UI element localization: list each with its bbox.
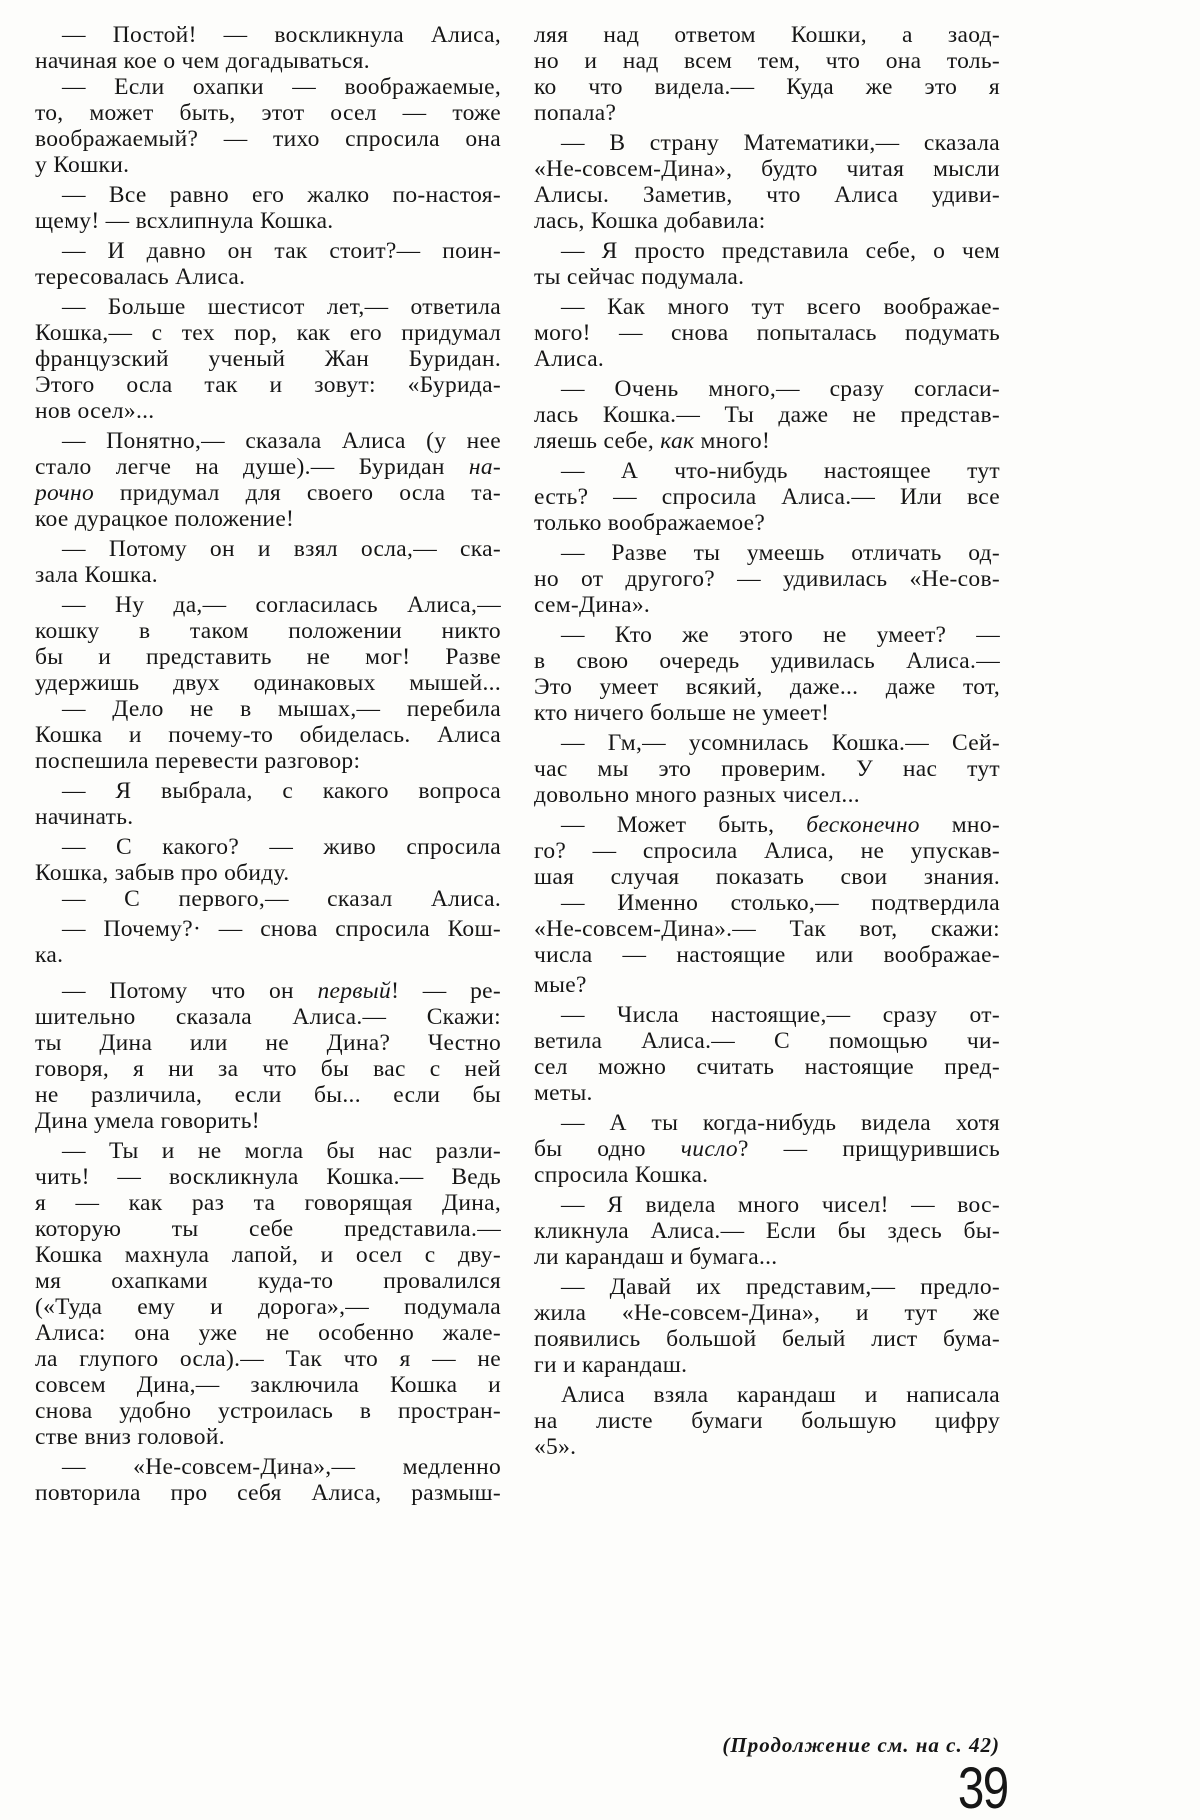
- text-line: кошку в таком положении никто: [35, 618, 501, 644]
- text-line: мые?: [534, 972, 1000, 998]
- text-line: чить! — воскликнула Кошка.— Ведь: [35, 1164, 501, 1190]
- text-line: на листе бумаги большую цифру: [534, 1408, 1000, 1434]
- text-line: в свою очередь удивилась Алиса.—: [534, 648, 1000, 674]
- text-line: Этого осла так и зовут: «Бурида-: [35, 372, 501, 398]
- text-line: начиная кое о чем догадываться.: [35, 48, 501, 74]
- text-line: жила «Не-совсем-Дина», и тут же: [534, 1300, 1000, 1326]
- text-line: — Понятно,— сказала Алиса (у нее: [35, 428, 501, 454]
- text-line: «Не-совсем-Дина».— Так вот, скажи:: [534, 916, 1000, 942]
- text-line: есть? — спросила Алиса.— Или все: [534, 484, 1000, 510]
- text-line: ляя над ответом Кошки, а заод-: [534, 22, 1000, 48]
- text-line: повторила про себя Алиса, размыш-: [35, 1480, 501, 1506]
- text-line: Алиса.: [534, 346, 1000, 372]
- text-line: спросила Кошка.: [534, 1162, 1000, 1188]
- text-line: — В страну Математики,— сказала: [534, 130, 1000, 156]
- text-line: — А что-нибудь настоящее тут: [534, 458, 1000, 484]
- text-line: — Я выбрала, с какого вопроса: [35, 778, 501, 804]
- text-line: ги и карандаш.: [534, 1352, 1000, 1378]
- text-line: снова удобно устроилась в простран-: [35, 1398, 501, 1424]
- left-text-column: — Постой! — воскликнула Алиса, начиная к…: [35, 22, 501, 1506]
- text-line: тересовалась Алиса.: [35, 264, 501, 290]
- text-line: — Ты и не могла бы нас разли-: [35, 1138, 501, 1164]
- text-line: («Туда ему и дорога»,— подумала: [35, 1294, 501, 1320]
- text-line: Дина умела говорить!: [35, 1108, 501, 1134]
- text-line: — Ну да,— согласилась Алиса,—: [35, 592, 501, 618]
- text-line: — Числа настоящие,— сразу от-: [534, 1002, 1000, 1028]
- text-line: сел можно считать настоящие пред-: [534, 1054, 1000, 1080]
- text-line: Кошка и почему-то обиделась. Алиса: [35, 722, 501, 748]
- text-line: ветила Алиса.— С помощью чи-: [534, 1028, 1000, 1054]
- text-line: Кошка, забыв про обиду.: [35, 860, 501, 886]
- text-line: — Все равно его жалко по-настоя-: [35, 182, 501, 208]
- text-line: стало легче на душе).— Буридан на-: [35, 454, 501, 480]
- text-line: — Может быть, бесконечно мно-: [534, 812, 1000, 838]
- text-line: — Кто же этого не умеет? —: [534, 622, 1000, 648]
- text-line: — Именно столько,— подтвердила: [534, 890, 1000, 916]
- text-line: то, может быть, этот осел — тоже: [35, 100, 501, 126]
- text-line: «Не-совсем-Дина», будто читая мысли: [534, 156, 1000, 182]
- text-line: мя охапками куда-то провалился: [35, 1268, 501, 1294]
- text-line: лась, Кошка добавила:: [534, 208, 1000, 234]
- text-line: бы и представить не мог! Разве: [35, 644, 501, 670]
- text-line: — Потому что он первый! — ре-: [35, 978, 501, 1004]
- text-line: — «Не-совсем-Дина»,— медленно: [35, 1454, 501, 1480]
- text-line: ляешь себе, как много!: [534, 428, 1000, 454]
- text-line: мого! — снова попыталась подумать: [534, 320, 1000, 346]
- text-line: лась Кошка.— Ты даже не представ-: [534, 402, 1000, 428]
- text-line: — Потому он и взял осла,— ска-: [35, 536, 501, 562]
- text-line: ка.: [35, 942, 501, 968]
- text-line: рочно придумал для своего осла та-: [35, 480, 501, 506]
- text-line: шая случая показать свои знания.: [534, 864, 1000, 890]
- text-line: кто ничего больше не умеет!: [534, 700, 1000, 726]
- text-line: я — как раз та говорящая Дина,: [35, 1190, 501, 1216]
- text-line: — Разве ты умеешь отличать од-: [534, 540, 1000, 566]
- text-line: го? — спросила Алиса, не упускав-: [534, 838, 1000, 864]
- text-line: удержишь двух одинаковых мышей...: [35, 670, 501, 696]
- text-line: — Если охапки — воображаемые,: [35, 74, 501, 100]
- text-line: — А ты когда-нибудь видела хотя: [534, 1110, 1000, 1136]
- text-line: говоря, я ни за что бы вас с ней: [35, 1056, 501, 1082]
- text-line: — Почему?· — снова спросила Кош-: [35, 916, 501, 942]
- text-line: довольно много разных чисел...: [534, 782, 1000, 808]
- text-line: Это умеет всякий, даже... даже тот,: [534, 674, 1000, 700]
- text-line: Алиса взяла карандаш и написала: [534, 1382, 1000, 1408]
- text-line: начинать.: [35, 804, 501, 830]
- text-line: ты сейчас подумала.: [534, 264, 1000, 290]
- text-line: — Дело не в мышах,— перебила: [35, 696, 501, 722]
- text-line: только воображаемое?: [534, 510, 1000, 536]
- text-line: час мы это проверим. У нас тут: [534, 756, 1000, 782]
- text-line: кликнула Алиса.— Если бы здесь бы-: [534, 1218, 1000, 1244]
- text-line: — С какого? — живо спросила: [35, 834, 501, 860]
- text-line: но от другого? — удивилась «Не-сов-: [534, 566, 1000, 592]
- text-line: ла глупого осла).— Так что я — не: [35, 1346, 501, 1372]
- text-line: Кошка,— с тех пор, как его придумал: [35, 320, 501, 346]
- text-line: Кошка махнула лапой, и осел с дву-: [35, 1242, 501, 1268]
- right-text-column: ляя над ответом Кошки, а заод- но и над …: [534, 22, 1000, 1460]
- text-line: зала Кошка.: [35, 562, 501, 588]
- text-line: но и над всем тем, что она толь-: [534, 48, 1000, 74]
- text-line: кое дурацкое положение!: [35, 506, 501, 532]
- text-line: щему! — всхлипнула Кошка.: [35, 208, 501, 234]
- text-line: ты Дина или не Дина? Честно: [35, 1030, 501, 1056]
- text-line: — Я просто представила себе, о чем: [534, 238, 1000, 264]
- text-line: — Больше шестисот лет,— ответила: [35, 294, 501, 320]
- text-line: французский ученый Жан Буридан.: [35, 346, 501, 372]
- text-line: — Очень много,— сразу согласи-: [534, 376, 1000, 402]
- text-line: нов осел»...: [35, 398, 501, 424]
- text-line: ли карандаш и бумага...: [534, 1244, 1000, 1270]
- text-line: — Постой! — воскликнула Алиса,: [35, 22, 501, 48]
- text-line: поспешила перевести разговор:: [35, 748, 501, 774]
- text-line: бы одно число? — прищурившись: [534, 1136, 1000, 1162]
- text-line: сем-Дина».: [534, 592, 1000, 618]
- text-line: ко что видела.— Куда же это я: [534, 74, 1000, 100]
- text-line: «5».: [534, 1434, 1000, 1460]
- text-line: Алиса: она уже не особенно жале-: [35, 1320, 501, 1346]
- text-line: — Как много тут всего воображае-: [534, 294, 1000, 320]
- text-line: — И давно он так стоит?— поин-: [35, 238, 501, 264]
- text-line: не различила, если бы... если бы: [35, 1082, 501, 1108]
- text-line: совсем Дина,— заключила Кошка и: [35, 1372, 501, 1398]
- text-line: меты.: [534, 1080, 1000, 1106]
- text-line: воображаемый? — тихо спросила она: [35, 126, 501, 152]
- text-line: стве вниз головой.: [35, 1424, 501, 1450]
- page-number: 39: [958, 1755, 1008, 1820]
- text-line: — Я видела много чисел! — вос-: [534, 1192, 1000, 1218]
- text-line: у Кошки.: [35, 152, 501, 178]
- text-line: появились большой белый лист бума-: [534, 1326, 1000, 1352]
- text-line: числа — настоящие или воображае-: [534, 942, 1000, 968]
- text-line: попала?: [534, 100, 1000, 126]
- text-line: шительно сказала Алиса.— Скажи:: [35, 1004, 501, 1030]
- text-line: Алисы. Заметив, что Алиса удиви-: [534, 182, 1000, 208]
- text-line: — С первого,— сказал Алиса.: [35, 886, 501, 912]
- text-line: которую ты себе представила.—: [35, 1216, 501, 1242]
- text-line: — Давай их представим,— предло-: [534, 1274, 1000, 1300]
- text-line: — Гм,— усомнилась Кошка.— Сей-: [534, 730, 1000, 756]
